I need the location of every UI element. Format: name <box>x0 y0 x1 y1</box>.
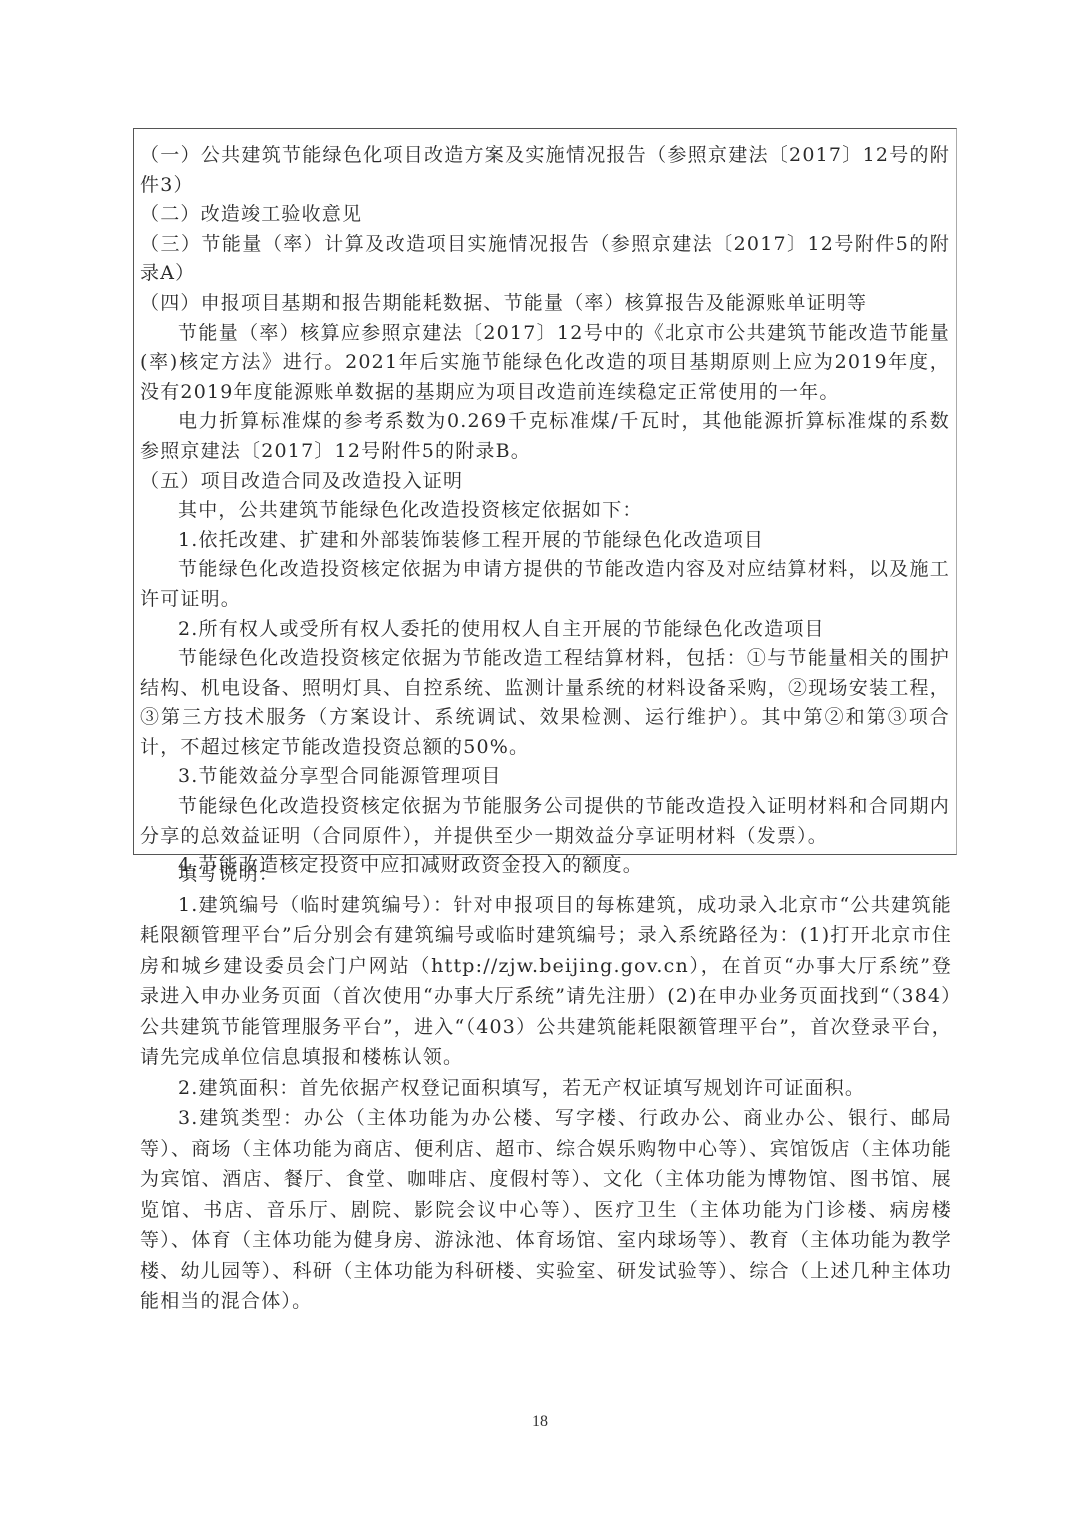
section-2-heading: （二）改造竣工验收意见 <box>140 200 950 230</box>
investment-basis-intro: 其中，公共建筑节能绿色化改造投资核定依据如下： <box>140 496 950 526</box>
instruction-building-number: 1.建筑编号（临时建筑编号）：针对申报项目的每栋建筑，成功录入北京市“公共建筑能… <box>140 890 952 1073</box>
electricity-coefficient-paragraph: 电力折算标准煤的参考系数为0.269千克标准煤/千瓦时，其他能源折算标准煤的系数… <box>140 407 950 466</box>
page-number: 18 <box>0 1413 1080 1431</box>
section-5-heading: （五）项目改造合同及改造投入证明 <box>140 467 950 497</box>
section-3-heading: （三）节能量（率）计算及改造项目实施情况报告（参照京建法〔2017〕12号附件5… <box>140 230 950 289</box>
filling-instructions: 填写说明： 1.建筑编号（临时建筑编号）：针对申报项目的每栋建筑，成功录入北京市… <box>140 859 952 1317</box>
item-1-title: 1.依托改建、扩建和外部装饰装修工程开展的节能绿色化改造项目 <box>140 526 950 556</box>
section-4-heading: （四）申报项目基期和报告期能耗数据、节能量（率）核算报告及能源账单证明等 <box>140 289 950 319</box>
item-2-body: 节能绿色化改造投资核定依据为节能改造工程结算材料，包括：①与节能量相关的围护结构… <box>140 644 950 762</box>
requirements-box: （一）公共建筑节能绿色化项目改造方案及实施情况报告（参照京建法〔2017〕12号… <box>133 128 957 855</box>
instruction-building-area: 2.建筑面积：首先依据产权登记面积填写，若无产权证填写规划许可证面积。 <box>140 1073 952 1104</box>
item-3-title: 3.节能效益分享型合同能源管理项目 <box>140 762 950 792</box>
item-3-body: 节能绿色化改造投资核定依据为节能服务公司提供的节能改造投入证明材料和合同期内分享… <box>140 792 950 851</box>
energy-saving-calc-paragraph: 节能量（率）核算应参照京建法〔2017〕12号中的《北京市公共建筑节能改造节能量… <box>140 319 950 408</box>
instruction-building-type: 3.建筑类型：办公（主体功能为办公楼、写字楼、行政办公、商业办公、银行、邮局等）… <box>140 1103 952 1317</box>
section-1-heading: （一）公共建筑节能绿色化项目改造方案及实施情况报告（参照京建法〔2017〕12号… <box>140 141 950 200</box>
instructions-title: 填写说明： <box>140 859 952 890</box>
item-2-title: 2.所有权人或受所有权人委托的使用权人自主开展的节能绿色化改造项目 <box>140 615 950 645</box>
item-1-body: 节能绿色化改造投资核定依据为申请方提供的节能改造内容及对应结算材料，以及施工许可… <box>140 555 950 614</box>
